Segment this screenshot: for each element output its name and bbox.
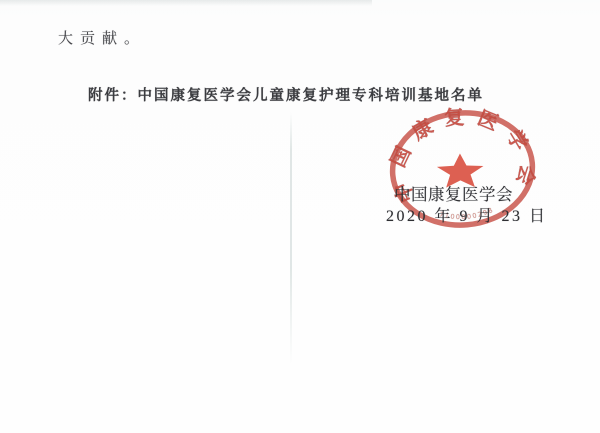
document-body-text: 大贡献。: [58, 27, 146, 48]
signature-date: 2020 年 9 月 23 日: [386, 203, 548, 226]
attachment-line: 附件：中国康复医学会儿童康复护理专科培训基地名单: [88, 84, 484, 105]
paper-crease-line: [290, 112, 292, 364]
scanned-document-page: 大贡献。 附件：中国康复医学会儿童康复护理专科培训基地名单 中国康复医学会 71…: [0, 0, 600, 433]
signature-organization: 中国康复医学会: [394, 181, 513, 205]
